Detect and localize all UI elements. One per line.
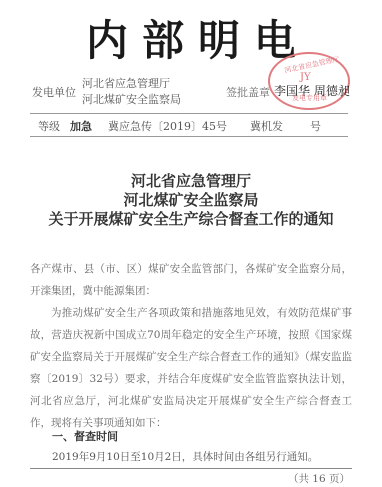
page-count: （共 16 页） [288,471,350,486]
section-text: 2019年9月10日至10月2日，具体时间由各组另行通知。 [52,449,318,464]
document-number: 冀应急传〔2019〕45号 [108,118,227,134]
official-seal: 河北省应急管理厅 JY 发电专用章 [268,52,350,110]
machine-number: 号 [310,118,321,134]
title-line-2: 河北煤矿安全监察局 [0,191,382,210]
section-heading: 一、督查时间 [52,428,118,444]
issuer-name-1: 河北省应急管理厅 [82,76,181,92]
machine-label: 冀机发 [250,118,283,134]
seal-top-text: 河北省应急管理厅 [284,54,341,75]
issuer-label: 发电单位 [32,84,76,100]
salutation: 各产煤市、县（市、区）煤矿安全监管部门，各煤矿安全监察分局，开滦集团，冀中能源集… [30,258,352,302]
grade-label: 等级 [38,118,60,134]
signatory-names: 李国华 周德昶 [274,82,350,99]
document-body: 各产煤市、县（市、区）煤矿安全监管部门，各煤矿安全监察分局，开滦集团，冀中能源集… [30,258,352,434]
title-line-1: 河北省应急管理厅 [0,172,382,191]
issuer-name-2: 河北煤矿安全监察局 [82,92,181,108]
signature-label: 签批盖章 [226,84,270,100]
header-divider-top [30,113,348,114]
body-paragraph: 为推动煤矿安全生产各项政策和措施落地见效，有效防范煤矿事故，营造庆祝新中国成立7… [30,302,352,434]
header-divider-bottom [30,136,348,137]
grade-value: 加急 [70,118,92,134]
title-line-3: 关于开展煤矿安全生产综合督查工作的通知 [0,210,382,229]
document-title: 河北省应急管理厅 河北煤矿安全监察局 关于开展煤矿安全生产综合督查工作的通知 [0,172,382,229]
issuer-names: 河北省应急管理厅 河北煤矿安全监察局 [82,76,181,108]
footer-divider [30,468,352,469]
